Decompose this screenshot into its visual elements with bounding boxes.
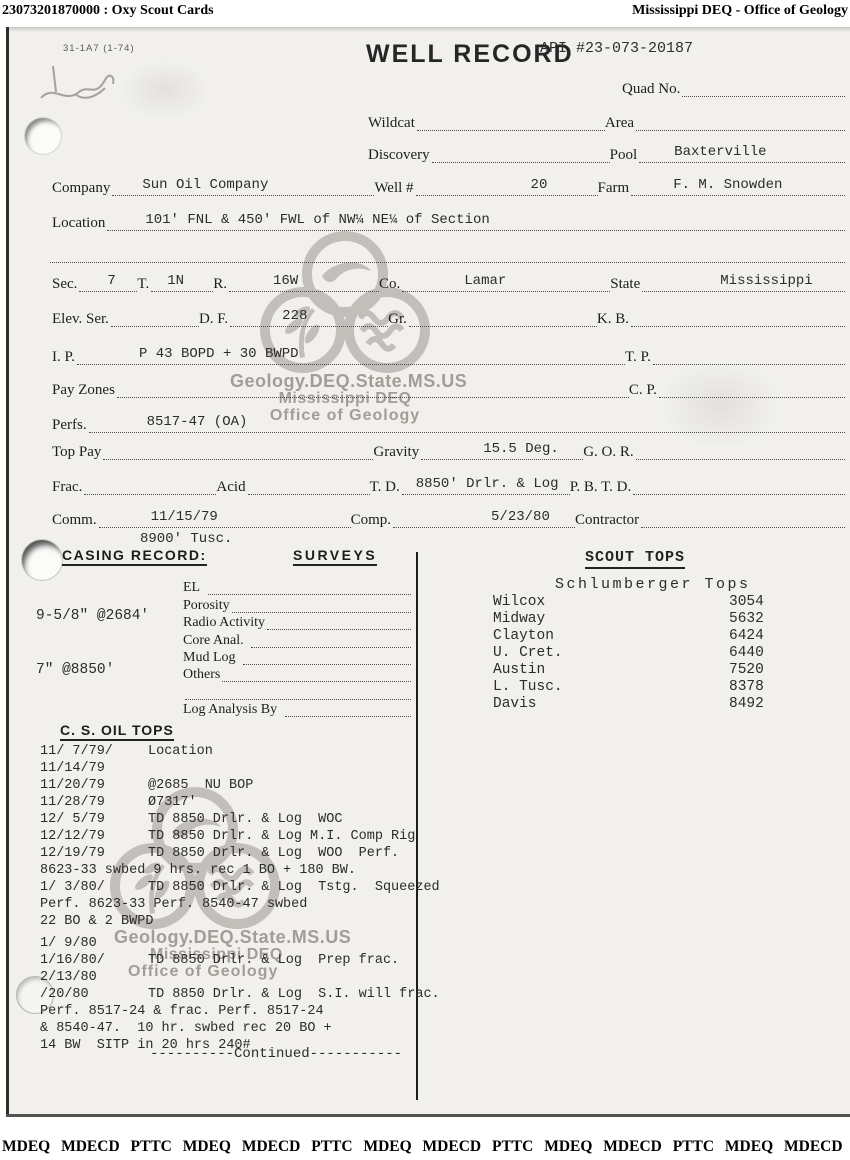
footer-watermark-strip: MDEQ MDECD PTTC MDEQ MDECD PTTC MDEQ MDE… xyxy=(0,1138,848,1156)
log-date: 1/16/80/ xyxy=(40,952,105,969)
dotted-line xyxy=(409,310,597,327)
viewer-header: 23073201870000 : Oxy Scout Cards Mississ… xyxy=(0,0,850,26)
field-wildcat-area: Wildcat Area xyxy=(368,111,845,131)
dotted-line xyxy=(417,114,605,131)
survey-item: Log Analysis By xyxy=(183,700,411,717)
range-value: 16W xyxy=(273,273,298,289)
formation-depth: 8492 xyxy=(729,696,769,713)
formation-depth: 3054 xyxy=(729,594,769,611)
log-text: TD 8850 Drlr. & Log M.I. Comp Rig xyxy=(148,829,415,844)
scout-tops-subheading: Schlumberger Tops xyxy=(555,576,751,593)
field-frac-acid-td-pbtd: Frac. Acid T. D. 8850' Drlr. & Log P. B.… xyxy=(52,475,845,495)
api-number: API #23-073-20187 xyxy=(540,40,693,57)
log-entry: 11/ 7/79/ Location xyxy=(40,743,420,760)
dotted-line xyxy=(222,668,411,682)
comm-value: 11/15/79 xyxy=(151,509,218,525)
log-entry: 12/ 5/79 TD 8850 Drlr. & Log WOC xyxy=(40,811,420,828)
log-text: Location xyxy=(148,744,213,759)
farm-value: F. M. Snowden xyxy=(673,177,782,193)
formation-name: Wilcox xyxy=(493,594,545,611)
log-date: 1/ 9/80 xyxy=(40,935,97,952)
dotted-line xyxy=(84,478,216,495)
cs-oil-tops-heading: C. S. OIL TOPS xyxy=(60,722,174,741)
document-id-title: 23073201870000 : Oxy Scout Cards xyxy=(2,3,214,19)
field-quad-no: Quad No. xyxy=(622,77,845,97)
log-date: 11/28/79 xyxy=(40,794,105,811)
pool-value: Baxterville xyxy=(674,144,766,160)
dotted-line: 228 xyxy=(230,310,388,327)
dotted-line: 8850' Drlr. & Log xyxy=(402,478,570,495)
survey-item: Others xyxy=(183,665,411,682)
ip-value: P 43 BOPD + 30 BWPD xyxy=(139,346,299,362)
log-text: TD 8850 Drlr. & Log WOC xyxy=(148,812,342,827)
scan-top-shadow xyxy=(8,27,850,32)
casing-record-entries: 9-5/8" @2684' 7" @8850' xyxy=(36,571,149,697)
dotted-line xyxy=(682,80,845,97)
log-text: TD 8850 Drlr. & Log Prep frac. xyxy=(148,953,399,968)
surveys-list: EL Porosity Radio Activity Core Anal. Mu… xyxy=(183,578,411,717)
casing-record-heading: CASING RECORD: xyxy=(62,547,207,566)
township-value: 1N xyxy=(167,273,184,289)
dotted-line xyxy=(103,443,373,460)
log-entry: 12/12/79 TD 8850 Drlr. & Log M.I. Comp R… xyxy=(40,828,420,845)
dotted-line: Baxterville xyxy=(639,146,845,163)
field-comm-comp-contractor: Comm. 11/15/79 Comp. 5/23/80 Contractor xyxy=(52,508,845,528)
dotted-line: Mississippi xyxy=(642,275,845,292)
log-entry: 2/13/80 xyxy=(40,969,420,986)
perfs-value: 8517-47 (OA) xyxy=(147,414,248,430)
formation-name: Midway xyxy=(493,611,545,628)
pen-scribble xyxy=(35,58,145,128)
field-toppay-gravity-gor: Top Pay Gravity 15.5 Deg. G. O. R. xyxy=(52,440,845,460)
formation-depth: 8378 xyxy=(729,679,769,696)
agency-title: Mississippi DEQ - Office of Geology xyxy=(632,3,848,19)
scan-bottom-edge xyxy=(6,1114,850,1117)
scout-top-row: Wilcox 3054 xyxy=(493,594,769,611)
survey-item: Radio Activity xyxy=(183,613,411,630)
dotted-line xyxy=(659,381,845,398)
td-value: 8850' Drlr. & Log xyxy=(416,476,559,492)
log-entry: /20/80 TD 8850 Drlr. & Log S.I. will fra… xyxy=(40,986,420,1054)
survey-item: Mud Log xyxy=(183,648,411,665)
cs-oil-tops-log: 11/ 7/79/ Location 11/14/79 11/20/79 @26… xyxy=(40,743,420,1054)
dotted-line xyxy=(251,634,411,648)
log-date: 11/14/79 xyxy=(40,760,105,777)
well-no-value: 20 xyxy=(531,177,548,193)
scout-tops-heading: SCOUT TOPS xyxy=(585,549,685,569)
scout-top-row: Davis 8492 xyxy=(493,696,769,713)
gravity-value: 15.5 Deg. xyxy=(483,441,559,457)
formation-depth: 6424 xyxy=(729,628,769,645)
survey-item: EL xyxy=(183,578,411,595)
log-date: 12/19/79 xyxy=(40,845,105,862)
sec-value: 7 xyxy=(107,273,115,289)
scout-top-row: U. Cret. 6440 xyxy=(493,645,769,662)
dotted-line xyxy=(232,599,411,613)
dotted-line xyxy=(243,651,411,665)
log-text: @2685 NU BOP xyxy=(148,778,253,793)
dotted-line xyxy=(636,114,845,131)
dotted-line: 5/23/80 xyxy=(393,511,575,528)
comm-value-2: 8900' Tusc. xyxy=(140,531,232,547)
formation-name: Clayton xyxy=(493,628,554,645)
ruled-line xyxy=(50,262,845,263)
dotted-line: 8517-47 (OA) xyxy=(89,416,845,433)
dotted-line xyxy=(208,581,411,595)
dotted-line: 15.5 Deg. xyxy=(421,443,583,460)
dotted-line xyxy=(267,616,411,630)
dotted-line xyxy=(653,348,845,365)
casing-entry: 9-5/8" @2684' xyxy=(36,607,149,625)
scout-top-row: L. Tusc. 8378 xyxy=(493,679,769,696)
survey-item: Porosity xyxy=(183,595,411,612)
df-value: 228 xyxy=(282,308,307,324)
log-date: 2/13/80 xyxy=(40,969,97,986)
formation-depth: 6440 xyxy=(729,645,769,662)
log-entry: 1/ 3/80/ TD 8850 Drlr. & Log Tstg. Squee… xyxy=(40,879,420,930)
dotted-line: 7 xyxy=(79,275,137,292)
log-entry: 12/19/79 TD 8850 Drlr. & Log WOO Perf. 8… xyxy=(40,845,420,879)
dotted-line xyxy=(285,703,411,717)
log-text: Ø7317' xyxy=(148,795,197,810)
form-number: 31-1A7 (1-74) xyxy=(63,43,135,54)
comp-value: 5/23/80 xyxy=(491,509,550,525)
field-discovery-pool: Discovery Pool Baxterville xyxy=(368,143,845,163)
scout-top-row: Austin 7520 xyxy=(493,662,769,679)
dotted-line: Lamar xyxy=(402,275,610,292)
state-value: Mississippi xyxy=(720,273,812,289)
dotted-line xyxy=(636,443,845,460)
log-date: 1/ 3/80/ xyxy=(40,879,105,896)
casing-entry: 7" @8850' xyxy=(36,661,149,679)
log-date: /20/80 xyxy=(40,986,89,1003)
log-entry: 11/20/79 @2685 NU BOP xyxy=(40,777,420,794)
log-text: TD 8850 Drlr. & Log S.I. will frac. Perf… xyxy=(40,987,440,1053)
field-payzones-cp: Pay Zones C. P. xyxy=(52,378,845,398)
survey-item: Core Anal. xyxy=(183,630,411,647)
formation-name: Austin xyxy=(493,662,545,679)
company-value: Sun Oil Company xyxy=(142,177,268,193)
scout-tops-table: Wilcox 3054 Midway 5632 Clayton 6424 U. … xyxy=(493,594,769,713)
dotted-line: F. M. Snowden xyxy=(631,179,845,196)
dotted-line xyxy=(432,146,610,163)
dotted-line xyxy=(111,310,199,327)
formation-name: U. Cret. xyxy=(493,645,563,662)
field-elev-df-gr-kb: Elev. Ser. D. F. 228 Gr. K. B. xyxy=(52,307,845,327)
dotted-line: 101' FNL & 450' FWL of NW¼ NE¼ of Sectio… xyxy=(107,214,845,231)
dotted-line: 11/15/79 xyxy=(99,511,351,528)
log-entry: 1/16/80/ TD 8850 Drlr. & Log Prep frac. xyxy=(40,952,420,969)
continued-marker: ----------Continued----------- xyxy=(150,1046,402,1062)
log-date: 12/12/79 xyxy=(40,828,105,845)
dotted-line xyxy=(185,686,411,700)
formation-name: Davis xyxy=(493,696,537,713)
log-date: 12/ 5/79 xyxy=(40,811,105,828)
hole-punch xyxy=(25,118,61,154)
dotted-line xyxy=(117,381,629,398)
dotted-line: 20 xyxy=(416,179,598,196)
field-company-well-farm: Company Sun Oil Company Well # 20 Farm F… xyxy=(52,176,845,196)
location-value: 101' FNL & 450' FWL of NW¼ NE¼ of Sectio… xyxy=(145,212,489,228)
log-date: 11/20/79 xyxy=(40,777,105,794)
log-entry: 11/14/79 xyxy=(40,760,420,777)
county-value: Lamar xyxy=(464,273,506,289)
paper-stain xyxy=(660,360,780,450)
dotted-line: P 43 BOPD + 30 BWPD xyxy=(77,348,625,365)
dotted-line: 16W xyxy=(229,275,379,292)
scout-top-row: Clayton 6424 xyxy=(493,628,769,645)
scout-top-row: Midway 5632 xyxy=(493,611,769,628)
dotted-line: 1N xyxy=(151,275,213,292)
formation-name: L. Tusc. xyxy=(493,679,563,696)
field-perfs: Perfs. 8517-47 (OA) xyxy=(52,413,845,433)
dotted-line: Sun Oil Company xyxy=(112,179,374,196)
field-sec-t-r-co-state: Sec. 7 T. 1N R. 16W Co. Lamar State Miss… xyxy=(52,272,845,292)
log-date: 11/ 7/79/ xyxy=(40,743,113,760)
log-entry: 1/ 9/80 xyxy=(40,935,420,952)
surveys-heading: SURVEYS xyxy=(293,547,377,566)
formation-depth: 7520 xyxy=(729,662,769,679)
survey-item xyxy=(183,682,411,699)
dotted-line xyxy=(248,478,370,495)
formation-depth: 5632 xyxy=(729,611,769,628)
field-ip-tp: I. P. P 43 BOPD + 30 BWPD T. P. xyxy=(52,345,845,365)
dotted-line xyxy=(633,478,845,495)
field-location: Location 101' FNL & 450' FWL of NW¼ NE¼ … xyxy=(52,211,845,231)
log-entry: 11/28/79 Ø7317' xyxy=(40,794,420,811)
dotted-line xyxy=(641,511,845,528)
scan-left-edge xyxy=(6,27,9,1116)
dotted-line xyxy=(631,310,845,327)
